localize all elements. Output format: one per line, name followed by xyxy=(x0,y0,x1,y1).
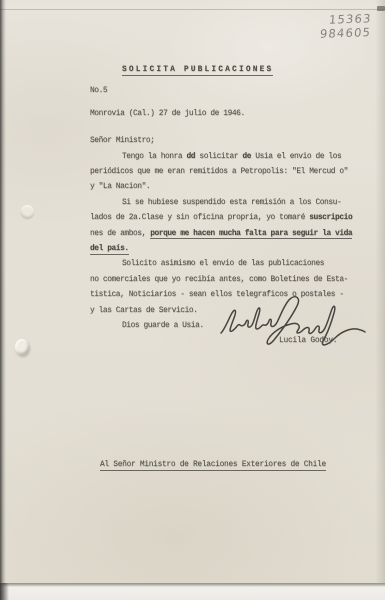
letter-text-segment: No.5 xyxy=(90,87,107,95)
letter-line: Monrovia (Cal.) 27 de julio de 1946. xyxy=(90,107,370,122)
letter-line: nes de ambos, porque me hacen mucha falt… xyxy=(90,227,370,242)
letter-line: Tengo la honra dd solicitar de Usia el e… xyxy=(90,150,370,165)
letter-text-segment: Monrovia (Cal.) 27 de julio de 1946. xyxy=(90,110,245,118)
letter-text-segment: y las Cartas de Servicio. xyxy=(90,307,197,315)
letter-text-segment: SOLICITA PUBLICACIONES xyxy=(122,66,273,76)
paper-right-edge-shadow xyxy=(375,0,385,583)
punch-hole-top xyxy=(21,205,34,218)
letter-line: SOLICITA PUBLICACIONES xyxy=(90,63,370,78)
letter-text-segment: suscripcio xyxy=(309,214,352,222)
letter-line: No.5 xyxy=(90,84,370,99)
scanner-backing-strip xyxy=(0,583,385,600)
letter-text-segment: de xyxy=(242,153,251,161)
letter-text-segment: Señor Ministro; xyxy=(90,137,154,145)
paper-crease xyxy=(0,9,385,10)
letter-text-segment: y "La Nacion". xyxy=(90,183,150,191)
letter-line: del país. xyxy=(90,242,370,257)
addressee-line: Al Señor Ministro de Relaciones Exterior… xyxy=(100,461,326,471)
corner-ink-mark xyxy=(377,6,385,11)
letter-line: no comerciales que yo recibía antes, com… xyxy=(90,273,370,288)
letter-line: Solicito asimismo el envio de las public… xyxy=(90,257,370,272)
letter-line: Si se hubiese suspendido esta remisión a… xyxy=(90,196,370,211)
letter-text-segment: solicitar xyxy=(195,153,242,161)
typed-signature-name: Lucila Godoy. xyxy=(279,337,337,345)
letter-text-segment: Tengo la honra xyxy=(122,153,186,161)
letter-text-segment: Solicito asimismo el envio de las public… xyxy=(122,260,324,268)
letter-line: lados de 2a.Clase y sin oficina propria,… xyxy=(90,211,370,226)
letter-text-segment: nes de ambos, xyxy=(90,230,150,238)
letter-text-segment: del país. xyxy=(90,245,129,255)
letter-text-segment: no comerciales que yo recibía antes, com… xyxy=(90,276,348,284)
letter-text-segment: Usia el envio de los xyxy=(251,153,341,161)
punch-hole-bottom xyxy=(15,339,29,355)
letter-text-segment: dd xyxy=(186,153,195,161)
letter-text-segment: lados de 2a.Clase y sin oficina propria,… xyxy=(90,214,309,222)
letter-text-segment: periódicos que me eran remitidos a Petro… xyxy=(90,168,348,176)
letter-line: Señor Ministro; xyxy=(90,134,370,149)
letter-line: periódicos que me eran remitidos a Petro… xyxy=(90,165,370,180)
paper-left-edge-shadow xyxy=(0,0,6,583)
letter-text-segment: Dios guarde a Usia. xyxy=(122,322,204,330)
pencil-archive-number-bottom: 984605 xyxy=(319,25,371,41)
backing-strip-shadow xyxy=(0,583,9,600)
letter-text-segment: Si se hubiese suspendido esta remisión a… xyxy=(122,199,341,207)
letter-line: y "La Nacion". xyxy=(90,180,370,195)
scanned-letter-paper: 15363 984605 SOLICITA PUBLICACIONESNo.5M… xyxy=(0,0,385,583)
letter-text-segment: porque me hacen mucha falta para seguir … xyxy=(150,230,352,240)
